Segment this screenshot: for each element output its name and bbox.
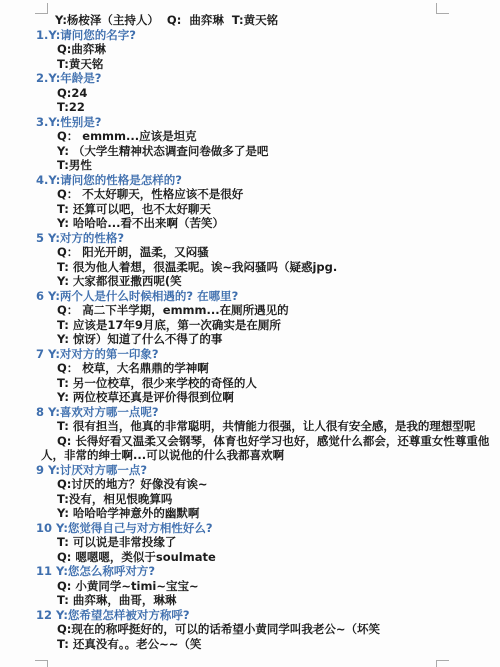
answer-line: Q： 校草，大名鼎鼎的学神啊 xyxy=(0,361,500,376)
answer-line: T: 曲弈琳，曲哥，琳琳 xyxy=(0,593,500,608)
answer-line: T:22 xyxy=(0,100,500,115)
question-line: 12 Y:您希望怎样被对方称呼? xyxy=(0,608,500,623)
question-line: 1.Y:请问您的名字? xyxy=(0,28,500,43)
answer-line: Y: 两位校草还真是评价得很到位啊 xyxy=(0,390,500,405)
answer-line: T:没有，相见恨晚算吗 xyxy=(0,492,500,507)
answer-line: Q:讨厌的地方？好像没有诶~ xyxy=(0,477,500,492)
answer-line: Q:24 xyxy=(0,86,500,101)
answer-line: T:男性 xyxy=(0,158,500,173)
answer-line: Q: 嗯嗯嗯，类似于soulmate xyxy=(0,550,500,565)
answer-line: T: 很为他人着想，很温柔呢。诶~我闷骚吗（疑惑jpg. xyxy=(0,260,500,275)
question-line: 9 Y:讨厌对方哪一点? xyxy=(0,463,500,478)
question-line: 7 Y:对对方的第一印象? xyxy=(0,347,500,362)
answer-line: T: 可以说是非常投缘了 xyxy=(0,535,500,550)
answer-line: Q: 小黄同学~timi~宝宝~ xyxy=(0,579,500,594)
answer-line: Q:曲弈琳 xyxy=(0,42,500,57)
question-line: 10 Y:您觉得自己与对方相性好么? xyxy=(0,521,500,536)
answer-line: Y: 大家都很亚撒西呢(笑 xyxy=(0,274,500,289)
participants-header: Y:杨桉泽（主持人） Q: 曲弈琳 T:黄天铭 xyxy=(0,13,500,28)
answer-line: Q： 不太好聊天，性格应该不是很好 xyxy=(0,187,500,202)
answer-line: T: 还算可以吧，也不太好聊天 xyxy=(0,202,500,217)
answer-line: Q: 长得好看又温柔又会钢琴，体育也好学习也好，感觉什么都会，还尊重女性尊重他 xyxy=(0,434,500,449)
question-line: 4.Y:请问您的性格是怎样的? xyxy=(0,173,500,188)
corner-crop-mark-bottom-right xyxy=(436,660,449,667)
answer-line: Q： emmm...应该是坦克 xyxy=(0,129,500,144)
question-line: 11 Y:您怎么称呼对方? xyxy=(0,564,500,579)
answer-line: Q： 高二下半学期，emmm...在厕所遇见的 xyxy=(0,303,500,318)
answer-line: T:黄天铭 xyxy=(0,57,500,72)
answer-line: Y: 哈哈哈学神意外的幽默啊 xyxy=(0,506,500,521)
answer-line: Y: 惊讶）知道了什么不得了的事 xyxy=(0,332,500,347)
interview-transcript: Y:杨桉泽（主持人） Q: 曲弈琳 T:黄天铭 1.Y:请问您的名字? Q:曲弈… xyxy=(0,13,500,651)
answer-line: T: 另一位校草，很少来学校的奇怪的人 xyxy=(0,376,500,391)
answer-line: Y: 哈哈哈...看不出来啊（苦笑） xyxy=(0,216,500,231)
answer-line: Y: （大学生精神状态调查问卷做多了是吧 xyxy=(0,144,500,159)
document-page: Y:杨桉泽（主持人） Q: 曲弈琳 T:黄天铭 1.Y:请问您的名字? Q:曲弈… xyxy=(0,0,500,667)
question-line: 2.Y:年龄是? xyxy=(0,71,500,86)
question-line: 3.Y:性别是? xyxy=(0,115,500,130)
answer-line: Q： 阳光开朗，温柔，又闷骚 xyxy=(0,245,500,260)
answer-line: T: 很有担当，他真的非常聪明，共情能力很强，让人很有安全感，是我的理想型呢 xyxy=(0,419,500,434)
answer-line: T: 还真没有。。老公~~（笑 xyxy=(0,637,500,652)
corner-crop-mark-bottom-left xyxy=(35,660,48,667)
question-line: 5 Y:对方的性格? xyxy=(0,231,500,246)
answer-line: T: 应该是17年9月底，第一次确实是在厕所 xyxy=(0,318,500,333)
answer-continuation-line: 人，非常的绅士啊...可以说他的什么我都喜欢啊 xyxy=(0,448,500,463)
question-line: 8 Y:喜欢对方哪一点呢? xyxy=(0,405,500,420)
question-line: 6 Y:两个人是什么时候相遇的? 在哪里? xyxy=(0,289,500,304)
answer-line: Q:现在的称呼挺好的，可以的话希望小黄同学叫我老公~（坏笑 xyxy=(0,622,500,637)
